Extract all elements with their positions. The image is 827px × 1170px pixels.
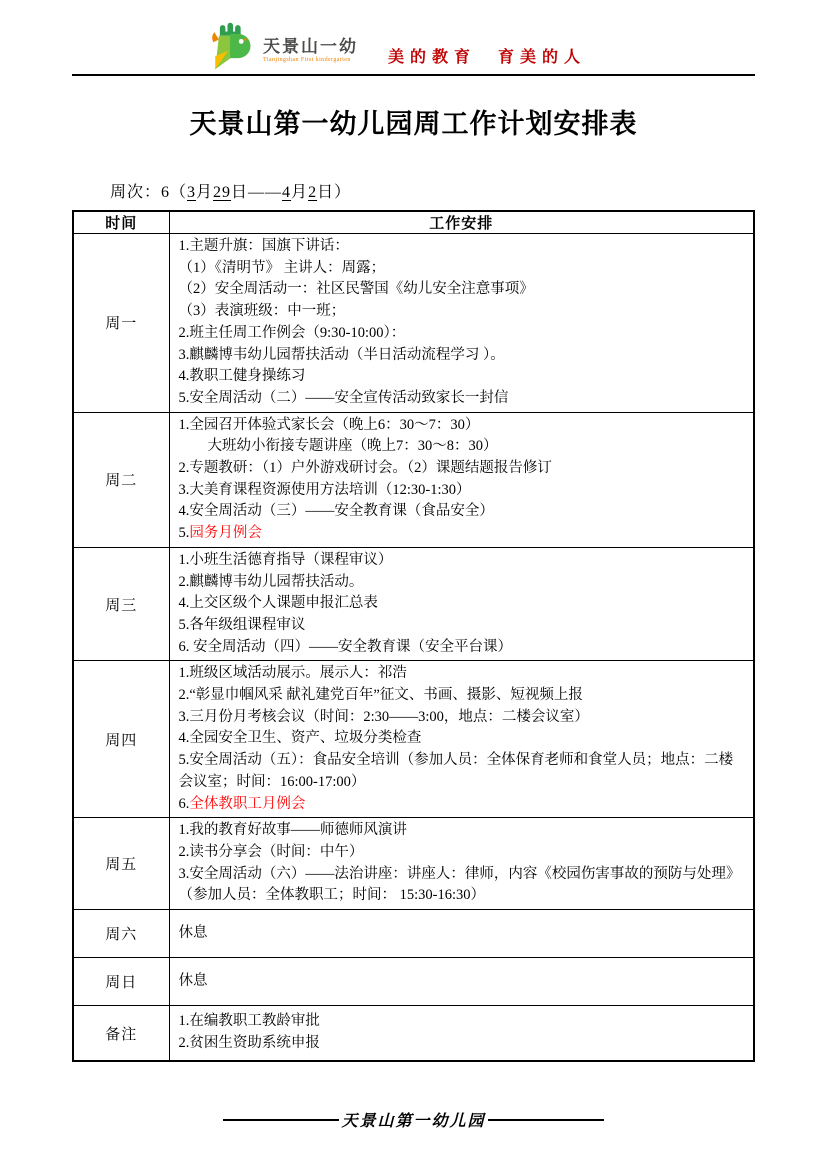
work-item-line: 1.在编教职工教龄审批 (179, 1011, 746, 1033)
item-text: 大班幼小衔接专题讲座（晚上7：30～8：30） (208, 438, 498, 454)
item-text: 5. (179, 525, 190, 541)
item-text: 1.在编教职工教龄审批 (179, 1013, 320, 1029)
table-row: 周四1.班级区域活动展示。展示人：祁浩2.“彰显巾帼风采 献礼建党百年”征文、书… (73, 661, 754, 818)
item-text: 1.我的教育好故事——师德师风演讲 (179, 822, 407, 838)
item-text: 3.麒麟博韦幼儿园帮扶活动（半日活动流程学习 ）。 (179, 347, 505, 363)
kindergarten-logo-icon (202, 20, 260, 72)
work-item-line: （3）表演班级：中一班； (179, 301, 746, 323)
week-label-text: 月 (291, 184, 308, 201)
logo-title: 天景山一幼 (263, 38, 358, 56)
table-row: 周三1.小班生活德育指导（课程审议）2.麒麟博韦幼儿园帮扶活动。4.上交区级个人… (73, 547, 754, 661)
week-label-text: 日—— (231, 184, 282, 201)
work-item-line: 4.上交区级个人课题申报汇总表 (179, 593, 746, 615)
item-text: 1.班级区域活动展示。展示人：祁浩 (179, 665, 407, 681)
logo-text-block: 天景山一幼 Tianjingshan First kindergarten (263, 38, 358, 63)
item-text: 1.小班生活德育指导（课程审议） (179, 552, 393, 568)
work-item-line: 2.“彰显巾帼风采 献礼建党百年”征文、书画、摄影、短视频上报 (179, 685, 746, 707)
work-item-line: 6.全体教职工月例会 (179, 794, 746, 816)
work-items-cell: 休息 (169, 958, 754, 1006)
work-item-line: 2.贫困生资助系统申报 (179, 1033, 746, 1055)
work-item-line: 休息 (179, 971, 746, 993)
item-text: 2.“彰显巾帼风采 献礼建党百年”征文、书画、摄影、短视频上报 (179, 687, 583, 703)
work-item-line: 1.小班生活德育指导（课程审议） (179, 550, 746, 572)
page-footer: 天景山第一幼儿园 (0, 1108, 827, 1131)
day-cell: 周日 (73, 958, 169, 1006)
item-text: 3.三月份月考核会议（时间：2:30——3:00，地点：二楼会议室） (179, 709, 589, 725)
day-cell: 周三 (73, 547, 169, 661)
footer-school-name: 天景山第一幼儿园 (339, 1108, 487, 1131)
work-item-line: 5.各年级组课程审议 (179, 615, 746, 637)
work-items-cell: 1.我的教育好故事——师德师风演讲2.读书分享会（时间：中午）3.安全周活动（六… (169, 818, 754, 910)
school-slogan: 美的教育 育美的人 (388, 44, 586, 67)
work-item-line: 5.安全周活动（五）：食品安全培训（参加人员：全体保育老师和食堂人员；地点：二楼… (179, 750, 746, 793)
work-item-line: 大班幼小衔接专题讲座（晚上7：30～8：30） (179, 436, 746, 458)
item-text: 4.安全周活动（三）——安全教育课（食品安全） (179, 503, 494, 519)
item-text: 4.全园安全卫生、资产、垃圾分类检查 (179, 730, 422, 746)
col-header-work: 工作安排 (169, 211, 754, 234)
header-divider (72, 74, 755, 76)
week-date-value: 2 (308, 184, 317, 201)
work-item-line: 4.全园安全卫生、资产、垃圾分类检查 (179, 728, 746, 750)
work-item-line: （1）《清明节》 主讲人：周露； (179, 258, 746, 280)
col-header-time: 时间 (73, 211, 169, 234)
work-item-line: 3.麒麟博韦幼儿园帮扶活动（半日活动流程学习 ）。 (179, 345, 746, 367)
item-text: （3）表演班级：中一班； (179, 303, 346, 319)
item-text: 3.大美育课程资源使用方法培训（12:30-1:30） (179, 482, 471, 498)
week-date-value: 4 (282, 184, 291, 201)
day-cell: 周六 (73, 910, 169, 958)
day-cell: 周五 (73, 818, 169, 910)
work-item-line: 1.班级区域活动展示。展示人：祁浩 (179, 663, 746, 685)
work-item-line: 1.全园召开体验式家长会（晚上6：30～7：30） (179, 415, 746, 437)
item-text: （2）安全周活动一：社区民警国《幼儿安全注意事项》 (179, 281, 534, 297)
item-text: 5.安全周活动（五）：食品安全培训（参加人员：全体保育老师和食堂人员；地点：二楼… (179, 752, 734, 790)
document-page: 天景山一幼 Tianjingshan First kindergarten 美的… (0, 0, 827, 1170)
work-item-line: 3.安全周活动（六）——法治讲座：讲座人：律师，内容《校园伤害事故的预防与处理》… (179, 864, 746, 907)
work-item-line: 4.教职工健身操练习 (179, 366, 746, 388)
item-text: 1.主题升旗：国旗下讲话： (179, 238, 349, 254)
item-text: 3.安全周活动（六）——法治讲座：讲座人：律师，内容《校园伤害事故的预防与处理》… (179, 866, 741, 904)
week-number-line: 周次：6（3月29日——4月2日） (110, 179, 827, 202)
item-text: 休息 (179, 925, 208, 941)
page-title: 天景山第一幼儿园周工作计划安排表 (0, 102, 827, 141)
item-text: 4.教职工健身操练习 (179, 368, 306, 384)
item-text: 6. (179, 796, 190, 812)
week-label-text: 日） (317, 184, 351, 201)
item-text: 5.各年级组课程审议 (179, 617, 306, 633)
table-row: 周二1.全园召开体验式家长会（晚上6：30～7：30）大班幼小衔接专题讲座（晚上… (73, 412, 754, 547)
table-row: 备注1.在编教职工教龄审批2.贫困生资助系统申报 (73, 1006, 754, 1062)
logo-subtitle: Tianjingshan First kindergarten (263, 57, 358, 63)
work-items-cell: 1.全园召开体验式家长会（晚上6：30～7：30）大班幼小衔接专题讲座（晚上7：… (169, 412, 754, 547)
work-item-line: 1.我的教育好故事——师德师风演讲 (179, 820, 746, 842)
work-item-line: 2.班主任周工作例会（9:30-10:00）： (179, 323, 746, 345)
item-text: 2.读书分享会（时间：中午） (179, 844, 364, 860)
work-item-line: 6. 安全周活动（四）——安全教育课（安全平台课） (179, 637, 746, 659)
highlighted-item-text: 全体教职工月例会 (189, 796, 305, 812)
weekly-plan-table: 时间 工作安排 周一1.主题升旗：国旗下讲话：（1）《清明节》 主讲人：周露；（… (72, 210, 755, 1062)
item-text: 休息 (179, 973, 208, 989)
footer-rule-left (223, 1119, 339, 1121)
item-text: （1）《清明节》 主讲人：周露； (179, 260, 386, 276)
logo-row: 天景山一幼 Tianjingshan First kindergarten 美的… (72, 20, 755, 72)
table-row: 周日休息 (73, 958, 754, 1006)
work-items-cell: 1.班级区域活动展示。展示人：祁浩2.“彰显巾帼风采 献礼建党百年”征文、书画、… (169, 661, 754, 818)
week-label-text: 周次：6（ (110, 184, 187, 201)
item-text: 6. 安全周活动（四）——安全教育课（安全平台课） (179, 639, 513, 655)
table-header-row: 时间 工作安排 (73, 211, 754, 234)
table-row: 周六休息 (73, 910, 754, 958)
work-item-line: 5.园务月例会 (179, 523, 746, 545)
table-row: 周一1.主题升旗：国旗下讲话：（1）《清明节》 主讲人：周露；（2）安全周活动一… (73, 234, 754, 413)
day-cell: 周二 (73, 412, 169, 547)
work-item-line: 2.麒麟博韦幼儿园帮扶活动。 (179, 572, 746, 594)
item-text: 5.安全周活动（二）——安全宣传活动致家长一封信 (179, 390, 509, 406)
work-item-line: （2）安全周活动一：社区民警国《幼儿安全注意事项》 (179, 279, 746, 301)
work-items-cell: 1.小班生活德育指导（课程审议）2.麒麟博韦幼儿园帮扶活动。4.上交区级个人课题… (169, 547, 754, 661)
item-text: 4.上交区级个人课题申报汇总表 (179, 595, 378, 611)
week-date-value: 3 (187, 184, 196, 201)
work-item-line: 5.安全周活动（二）——安全宣传活动致家长一封信 (179, 388, 746, 410)
work-item-line: 1.主题升旗：国旗下讲话： (179, 236, 746, 258)
table-row: 周五1.我的教育好故事——师德师风演讲2.读书分享会（时间：中午）3.安全周活动… (73, 818, 754, 910)
item-text: 2.麒麟博韦幼儿园帮扶活动。 (179, 574, 364, 590)
work-item-line: 2.专题教研：（1）户外游戏研讨会。（2）课题结题报告修订 (179, 458, 746, 480)
letterhead: 天景山一幼 Tianjingshan First kindergarten 美的… (72, 0, 755, 76)
work-item-line: 休息 (179, 923, 746, 945)
item-text: 2.专题教研：（1）户外游戏研讨会。（2）课题结题报告修订 (179, 460, 552, 476)
work-item-line: 2.读书分享会（时间：中午） (179, 842, 746, 864)
item-text: 2.班主任周工作例会（9:30-10:00）： (179, 325, 406, 341)
day-cell: 周一 (73, 234, 169, 413)
work-items-cell: 1.在编教职工教龄审批2.贫困生资助系统申报 (169, 1006, 754, 1062)
work-item-line: 3.三月份月考核会议（时间：2:30——3:00，地点：二楼会议室） (179, 707, 746, 729)
item-text: 1.全园召开体验式家长会（晚上6：30～7：30） (179, 417, 480, 433)
week-date-value: 29 (213, 184, 231, 201)
item-text: 2.贫困生资助系统申报 (179, 1035, 320, 1051)
work-item-line: 4.安全周活动（三）——安全教育课（食品安全） (179, 501, 746, 523)
week-label-text: 月 (196, 184, 213, 201)
work-items-cell: 1.主题升旗：国旗下讲话：（1）《清明节》 主讲人：周露；（2）安全周活动一：社… (169, 234, 754, 413)
day-cell: 周四 (73, 661, 169, 818)
work-items-cell: 休息 (169, 910, 754, 958)
highlighted-item-text: 园务月例会 (189, 525, 262, 541)
footer-rule-right (488, 1119, 604, 1121)
work-item-line: 3.大美育课程资源使用方法培训（12:30-1:30） (179, 480, 746, 502)
day-cell: 备注 (73, 1006, 169, 1062)
